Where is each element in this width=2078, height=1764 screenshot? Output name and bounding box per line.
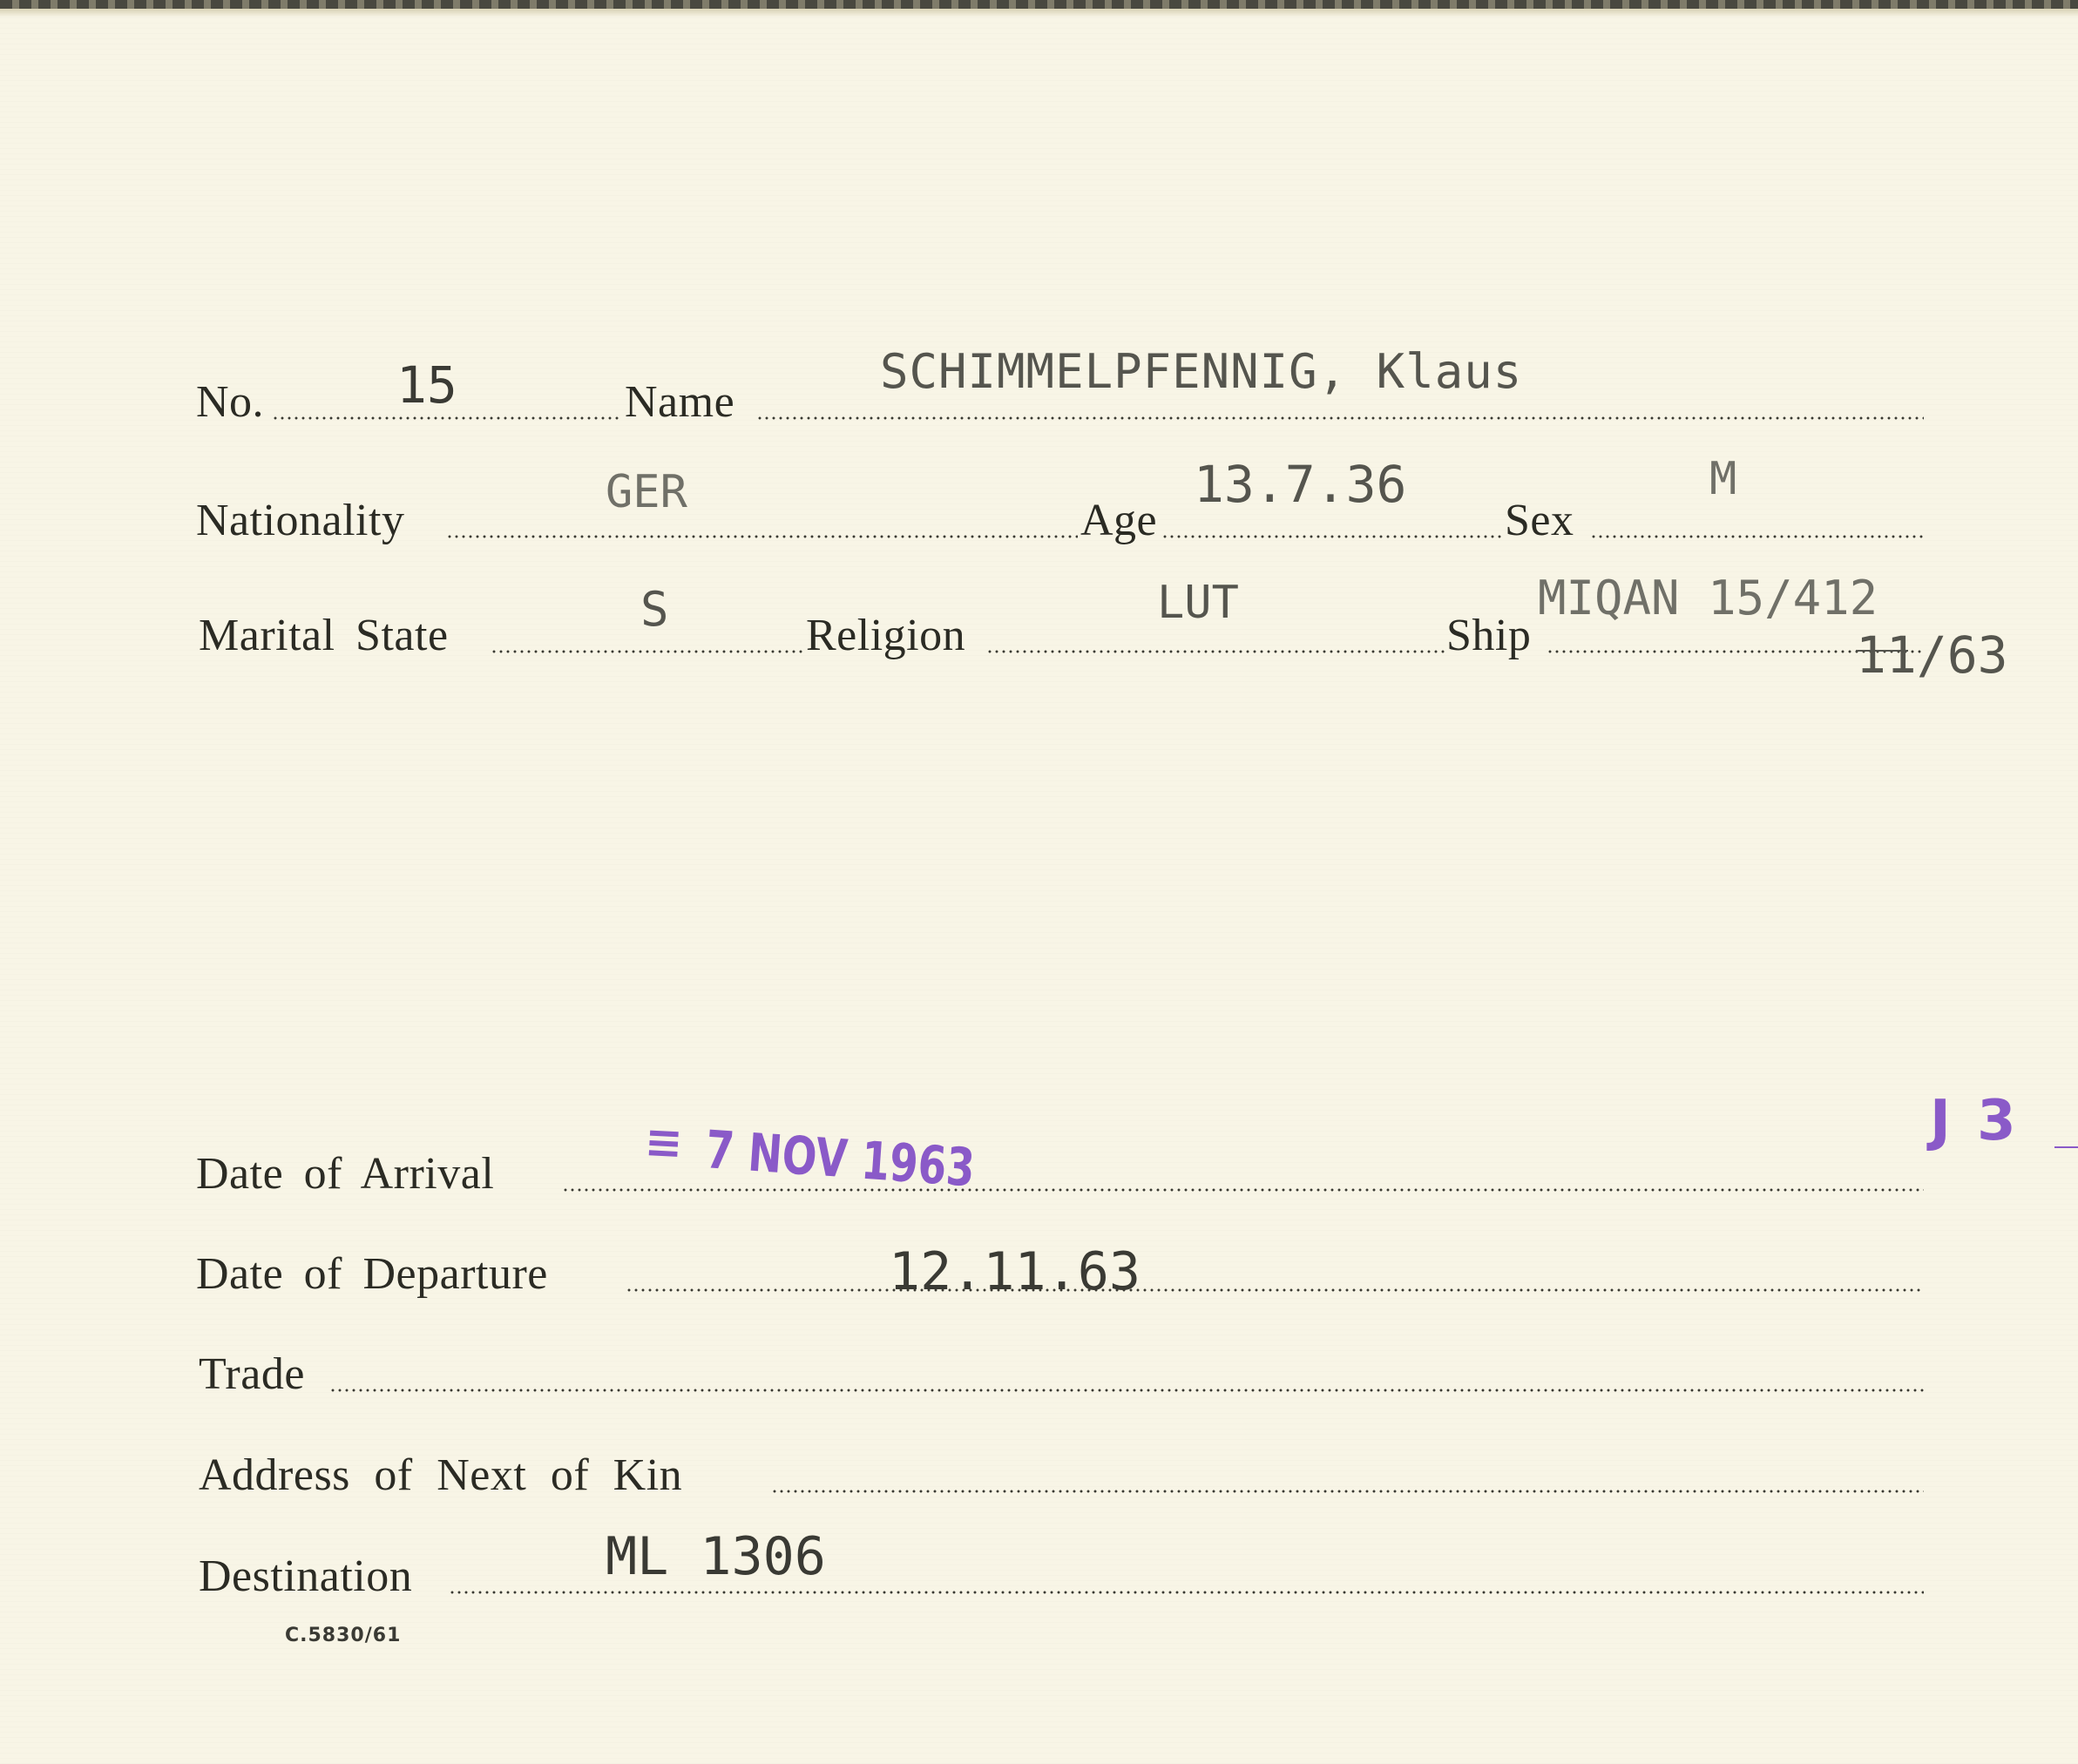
name-dotted-line	[756, 416, 1924, 420]
date-of-departure-value: 12.11.63	[889, 1241, 1141, 1302]
nationality-label: Nationality	[196, 495, 404, 546]
ship-value-line2: 11/63	[1856, 625, 2008, 685]
no-value: 15	[396, 355, 457, 415]
form-code: C.5830/61	[285, 1625, 401, 1646]
age-label: Age	[1080, 495, 1157, 546]
date-of-departure-dotted-line	[626, 1288, 1924, 1292]
date-of-arrival-label: Date of Arrival	[196, 1148, 494, 1200]
date-of-arrival-dotted-line	[562, 1188, 1924, 1192]
destination-label: Destination	[199, 1551, 412, 1602]
margin-stamp: J 3	[1930, 1089, 2020, 1153]
name-value: SCHIMMELPFENNIG, Klaus	[880, 344, 1522, 399]
sex-label: Sex	[1505, 495, 1574, 546]
date-of-departure-label: Date of Departure	[196, 1248, 548, 1300]
trade-dotted-line	[329, 1389, 1924, 1392]
nationality-value: GER	[606, 466, 687, 518]
address-of-next-of-kin-dotted-line	[771, 1490, 1924, 1493]
arrival-stamp-prefix: ≡	[643, 1116, 684, 1170]
destination-dotted-line	[449, 1591, 1924, 1594]
age-value: 13.7.36	[1194, 455, 1406, 514]
destination-value: ML 1306	[606, 1526, 826, 1587]
card-top-shadow	[0, 9, 2078, 17]
religion-value: LUT	[1157, 577, 1239, 629]
name-label: Name	[625, 376, 734, 428]
no-dotted-line	[272, 416, 620, 420]
trade-label: Trade	[199, 1348, 305, 1400]
ship-value-line1: MIQAN 15/412	[1538, 571, 1878, 625]
card-top-edge	[0, 0, 2078, 9]
date-of-arrival-stamp: 7 NOV 1963	[704, 1119, 977, 1199]
ship-strike-mark	[1856, 650, 1908, 652]
index-card: No. 15 Name SCHIMMELPFENNIG, Klaus Natio…	[0, 0, 2078, 1764]
nationality-dotted-line	[446, 535, 1078, 538]
sex-value: M	[1709, 453, 1736, 505]
margin-stamp-tick	[2054, 1146, 2078, 1148]
ship-label: Ship	[1446, 610, 1531, 661]
address-of-next-of-kin-label: Address of Next of Kin	[199, 1450, 682, 1501]
marital-state-label: Marital State	[199, 610, 449, 661]
sex-dotted-line	[1590, 535, 1924, 538]
religion-dotted-line	[986, 650, 1448, 653]
age-dotted-line	[1161, 535, 1501, 538]
marital-state-value: S	[640, 582, 669, 637]
no-label: No.	[196, 376, 264, 428]
religion-label: Religion	[806, 610, 965, 661]
marital-state-dotted-line	[491, 650, 802, 653]
